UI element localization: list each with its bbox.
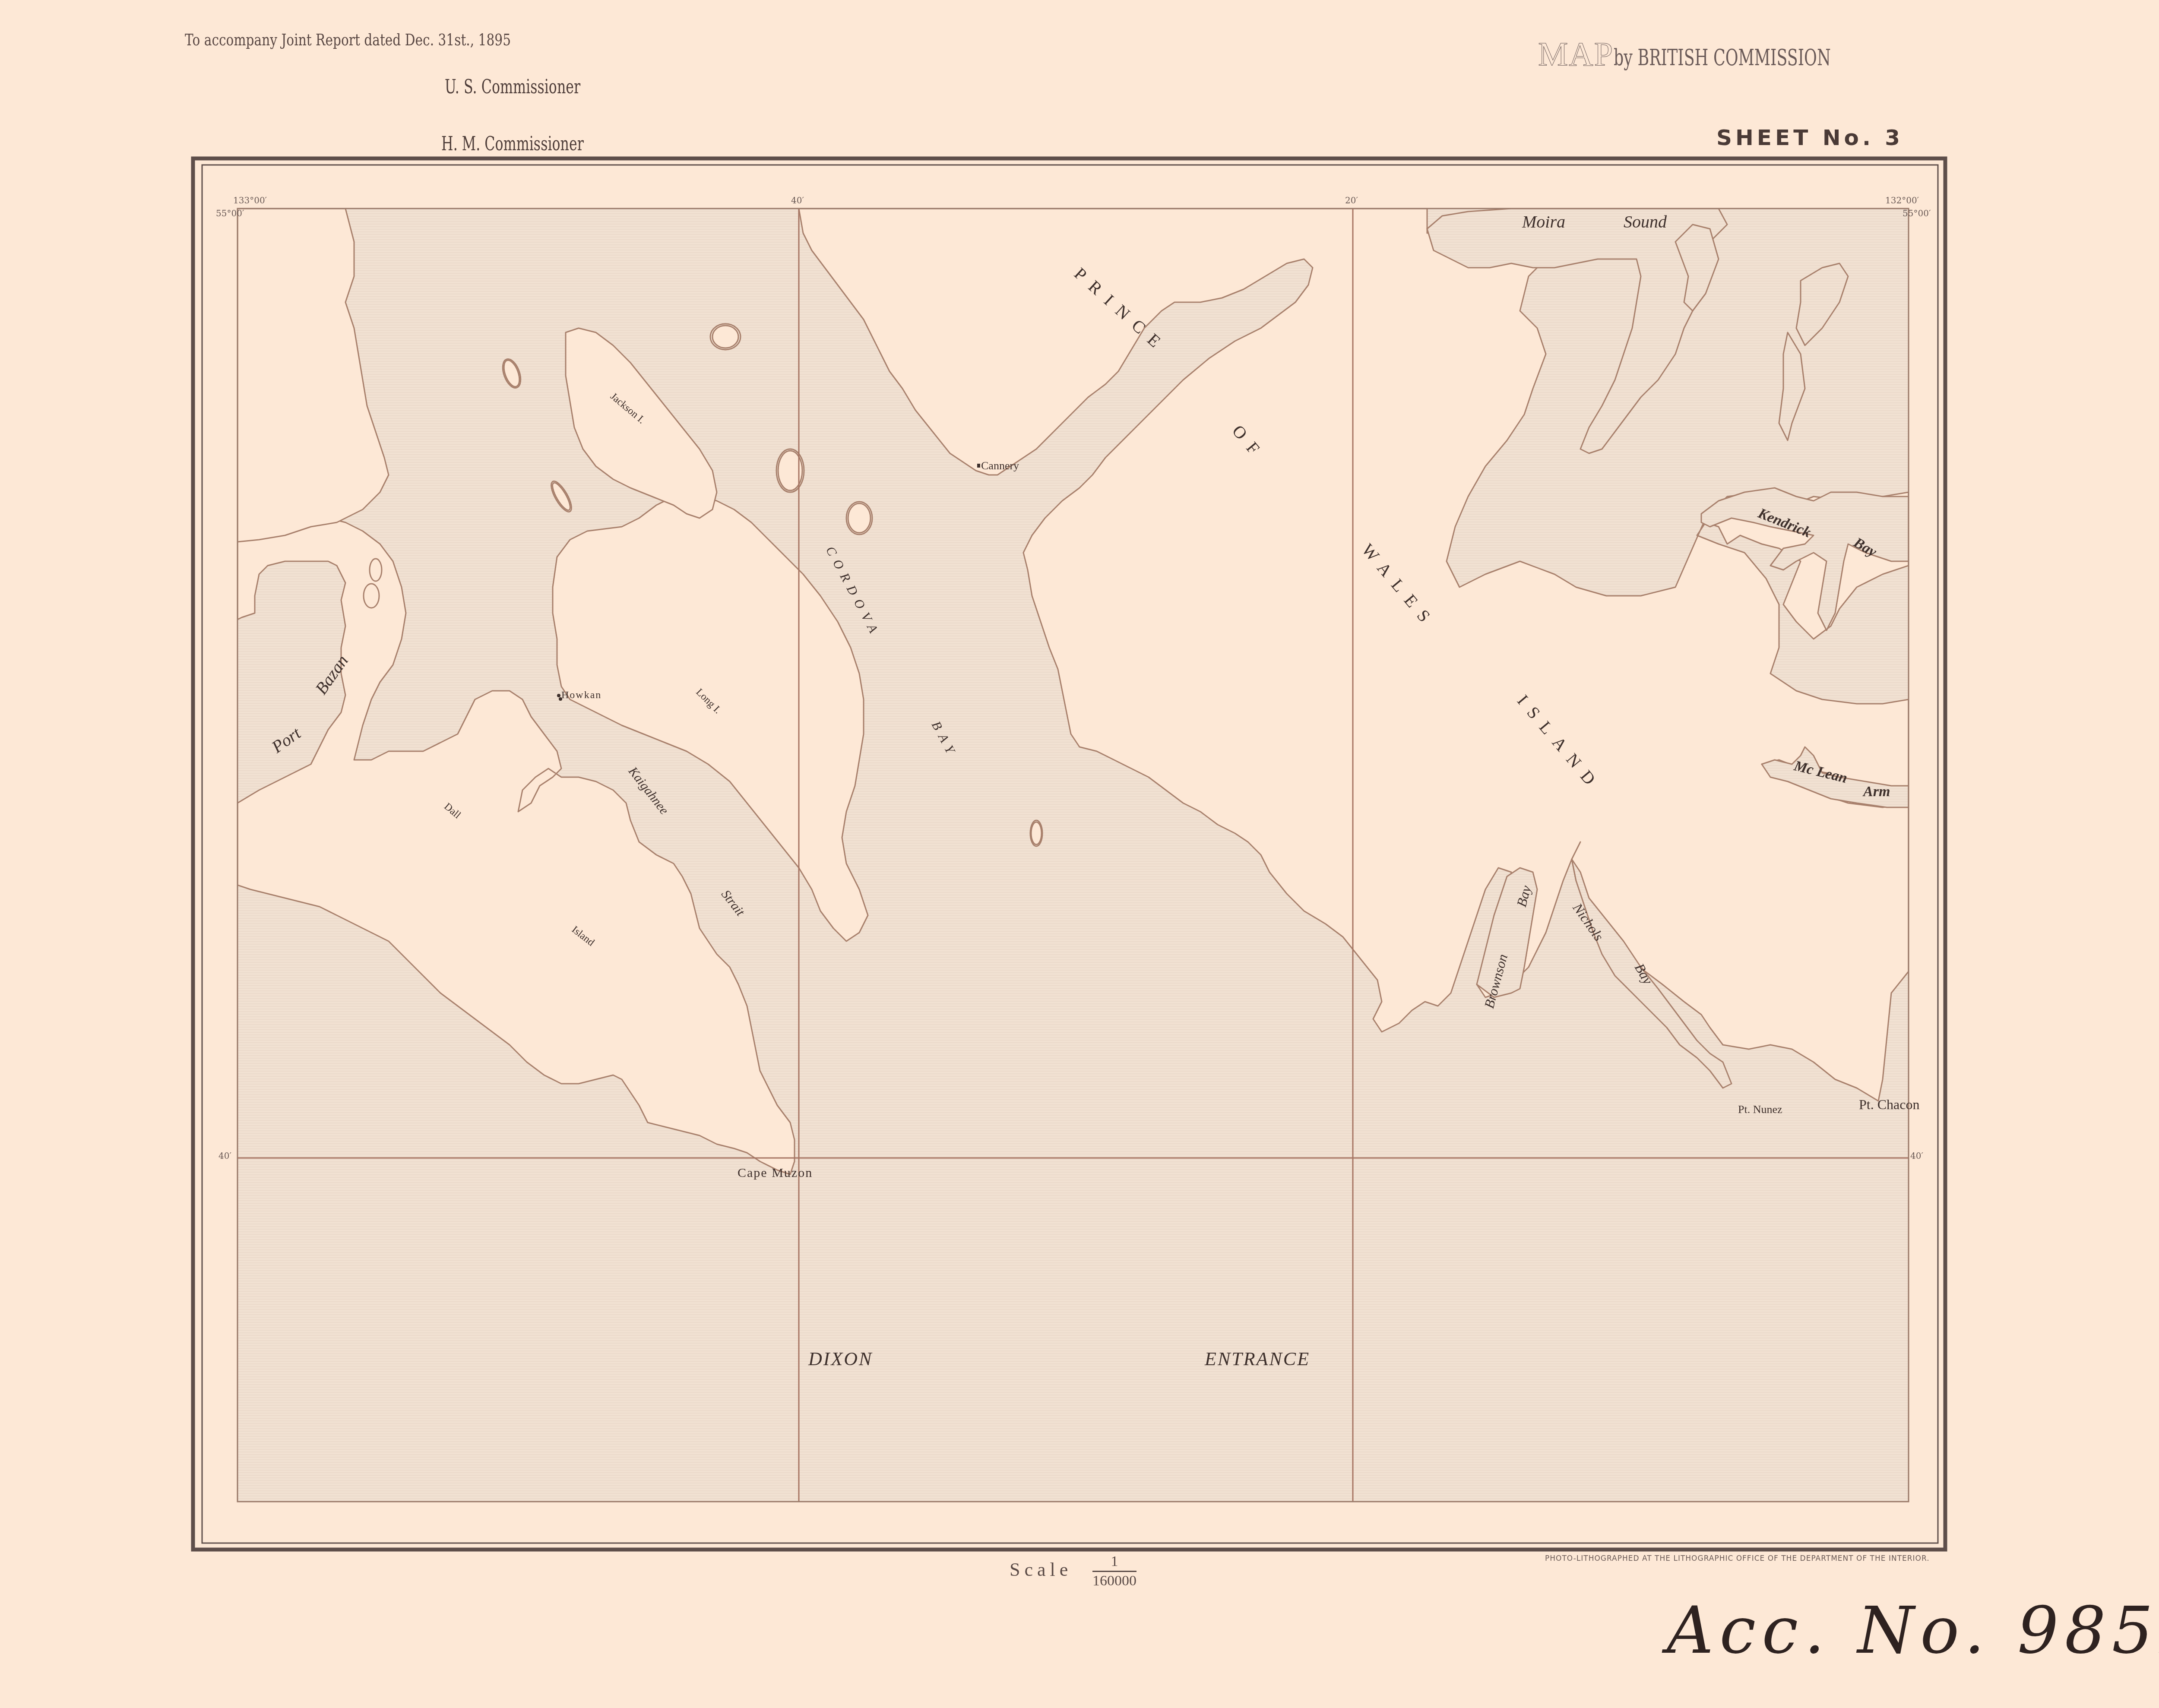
scale-numerator: 1 bbox=[1092, 1553, 1136, 1572]
joint-report-note: To accompany Joint Report dated Dec. 31s… bbox=[185, 30, 511, 49]
sheet-number: SHEET No. 3 bbox=[1716, 125, 1903, 150]
tick-top-left-longitude: 133°00′ bbox=[233, 195, 267, 206]
map-canvas bbox=[0, 0, 2159, 1708]
label-moira-sound: Sound bbox=[1624, 212, 1667, 232]
lithograph-credit: PHOTO-LITHOGRAPHED AT THE LITHOGRAPHIC O… bbox=[1545, 1554, 1930, 1563]
label-howkan: Howkan bbox=[561, 690, 601, 701]
tick-parallel-left: 40′ bbox=[218, 1151, 231, 1161]
tick-meridian-20: 20′ bbox=[1345, 195, 1358, 206]
accession-number: Acc. No. 9852 bbox=[1667, 1593, 2159, 1668]
tick-top-left-latitude: 55°00′ bbox=[216, 208, 244, 218]
map-body bbox=[237, 203, 1909, 1502]
map-by-subtitle: by BRITISH COMMISSION bbox=[1614, 45, 1831, 71]
howkan-marker bbox=[557, 694, 560, 697]
scale-fraction: 1 160000 bbox=[1092, 1553, 1136, 1589]
label-cape-muzon: Cape Muzon bbox=[738, 1166, 813, 1180]
scale-denominator: 160000 bbox=[1092, 1572, 1136, 1589]
scale-label: Scale bbox=[1010, 1559, 1072, 1581]
label-cannery: Cannery bbox=[981, 459, 1019, 472]
hm-commissioner-label: H. M. Commissioner bbox=[441, 133, 584, 155]
map-by-british-commission: MAPby BRITISH COMMISSION bbox=[1538, 35, 1924, 73]
label-pt-nunez: Pt. Nunez bbox=[1738, 1103, 1782, 1116]
tick-parallel-right: 40′ bbox=[1910, 1151, 1923, 1161]
cannery-marker bbox=[977, 464, 980, 468]
label-dixon: DIXON bbox=[808, 1348, 873, 1370]
tick-meridian-40: 40′ bbox=[791, 195, 804, 206]
label-pt-chacon: Pt. Chacon bbox=[1859, 1097, 1919, 1113]
label-mclean-arm: Arm bbox=[1863, 784, 1890, 800]
tick-top-right-latitude: 55°00′ bbox=[1903, 208, 1931, 218]
tick-top-right-longitude: 132°00′ bbox=[1885, 195, 1919, 206]
map-title: MAP bbox=[1538, 35, 1614, 73]
label-moira: Moira bbox=[1522, 212, 1565, 232]
label-entrance: ENTRANCE bbox=[1205, 1348, 1310, 1370]
us-commissioner-label: U. S. Commissioner bbox=[445, 76, 580, 98]
